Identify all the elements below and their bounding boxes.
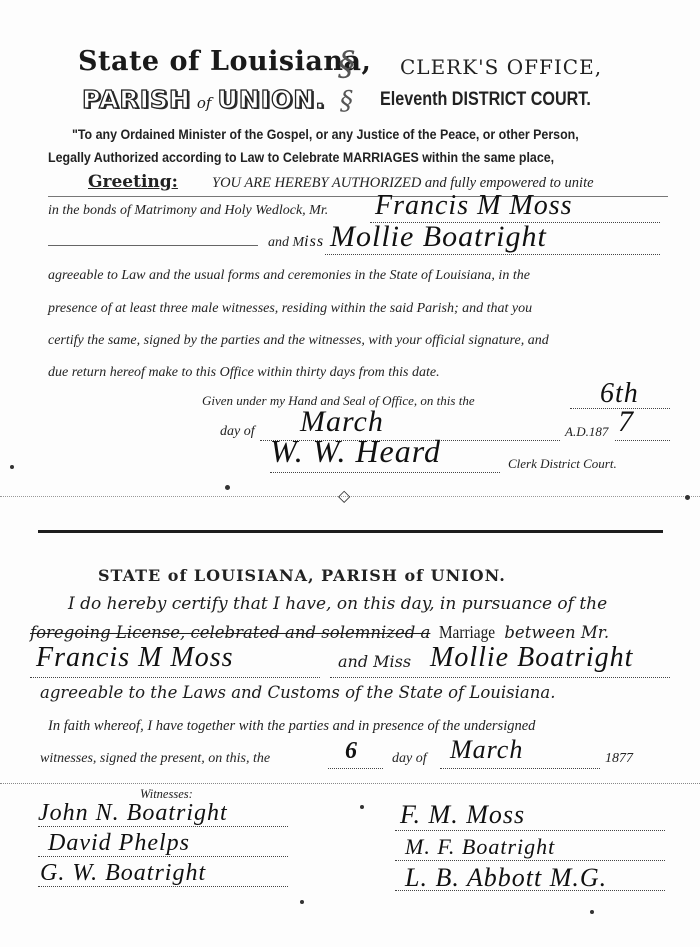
certificate-day-line xyxy=(328,768,383,769)
party-line xyxy=(395,890,665,891)
certificate-day-of-label: day of xyxy=(392,751,427,767)
groom-name-field: Francis M Moss xyxy=(375,190,573,222)
and-label-text: and M xyxy=(268,235,304,250)
parish-of: of xyxy=(197,94,212,112)
greeting-label: Greeting: xyxy=(88,172,178,192)
certificate-groom-name: Francis M Moss xyxy=(36,642,234,674)
certificate-title: STATE of LOUISIANA, PARISH of UNION. xyxy=(98,566,506,585)
given-year-digit: 7 xyxy=(618,405,634,439)
witness-line xyxy=(38,826,288,827)
party-signature: F. M. Moss xyxy=(400,800,525,830)
bride-prefix: iss xyxy=(304,233,324,250)
parish-prefix: PARISH xyxy=(82,85,191,114)
fold-line xyxy=(0,783,700,784)
body-line-4: due return hereof make to this Office wi… xyxy=(48,365,440,381)
certificate-line-2: foregoing License, celebrated and solemn… xyxy=(30,622,609,643)
given-year-line xyxy=(615,440,670,441)
certificate-day-field: 6 xyxy=(345,738,358,765)
certificate-month-field: March xyxy=(450,735,523,765)
bride-name-field: Mollie Boatright xyxy=(330,220,547,254)
bride-name-line xyxy=(325,254,660,255)
faith-line: In faith whereof, I have together with t… xyxy=(48,718,535,735)
certificate-month-line xyxy=(440,768,600,769)
section-divider xyxy=(38,530,663,533)
clerk-signature: W. W. Heard xyxy=(270,433,441,470)
ink-speck xyxy=(590,910,594,914)
and-label: and Miss xyxy=(268,233,324,251)
witness-line xyxy=(38,886,288,887)
certificate-and-label: and Miss xyxy=(338,652,411,671)
body-line-3: certify the same, signed by the parties … xyxy=(48,333,549,349)
certificate-year: 1877 xyxy=(605,751,633,767)
blank-line xyxy=(48,245,258,246)
ad-label: A.D.187 xyxy=(565,424,608,440)
certificate-bride-name: Mollie Boatright xyxy=(430,642,633,674)
certificate-line-1: I do hereby certify that I have, on this… xyxy=(68,594,607,614)
party-line xyxy=(395,860,665,861)
marriage-license-document: State of Louisiana, PARISH of UNION. § §… xyxy=(0,0,700,947)
body-line-2: presence of at least three male witnesse… xyxy=(48,301,532,317)
party-signature: L. B. Abbott M.G. xyxy=(405,863,607,893)
parish-name: UNION. xyxy=(217,85,325,114)
divider xyxy=(48,196,668,197)
ink-speck xyxy=(685,495,690,500)
certificate-line-4: agreeable to the Laws and Customs of the… xyxy=(40,683,555,702)
certificate-bride-line xyxy=(330,677,670,678)
ink-speck xyxy=(225,485,230,490)
ink-speck xyxy=(10,465,14,469)
witness-signature: David Phelps xyxy=(48,830,190,857)
clerk-title: Clerk District Court. xyxy=(508,456,617,472)
party-line xyxy=(395,830,665,831)
body-line-1: agreeable to Law and the usual forms and… xyxy=(48,268,530,284)
court-title: Eleventh DISTRICT COURT. xyxy=(380,89,591,111)
marriage-word: Marriage xyxy=(439,622,495,643)
bonds-text: in the bonds of Matrimony and Holy Wedlo… xyxy=(48,203,328,219)
witness-line xyxy=(38,856,288,857)
state-title: State of Louisiana, xyxy=(78,46,371,77)
ornament-icon: § xyxy=(338,44,355,84)
ink-speck xyxy=(300,900,304,904)
ink-speck xyxy=(360,805,364,809)
witness-signature: John N. Boatright xyxy=(38,800,228,827)
day-of-label: day of xyxy=(220,424,255,440)
office-title: CLERK'S OFFICE, xyxy=(400,55,602,79)
ornament-icon: § xyxy=(340,86,353,116)
address-line-1: "To any Ordained Minister of the Gospel,… xyxy=(72,127,579,142)
line-2-c: between Mr. xyxy=(504,623,609,642)
parish-heading: PARISH of UNION. xyxy=(82,85,326,114)
witness-signature: G. W. Boatright xyxy=(40,860,206,887)
address-line-2: Legally Authorized according to Law to C… xyxy=(48,150,554,165)
line-2-a: foregoing License, celebrated and solemn… xyxy=(30,623,430,642)
certificate-groom-line xyxy=(30,677,320,678)
party-signature: M. F. Boatright xyxy=(405,834,555,860)
clerk-signature-line xyxy=(270,472,500,473)
fold-diamond-icon: ◇ xyxy=(338,486,350,506)
witness-line-prefix: witnesses, signed the present, on this, … xyxy=(40,751,270,767)
